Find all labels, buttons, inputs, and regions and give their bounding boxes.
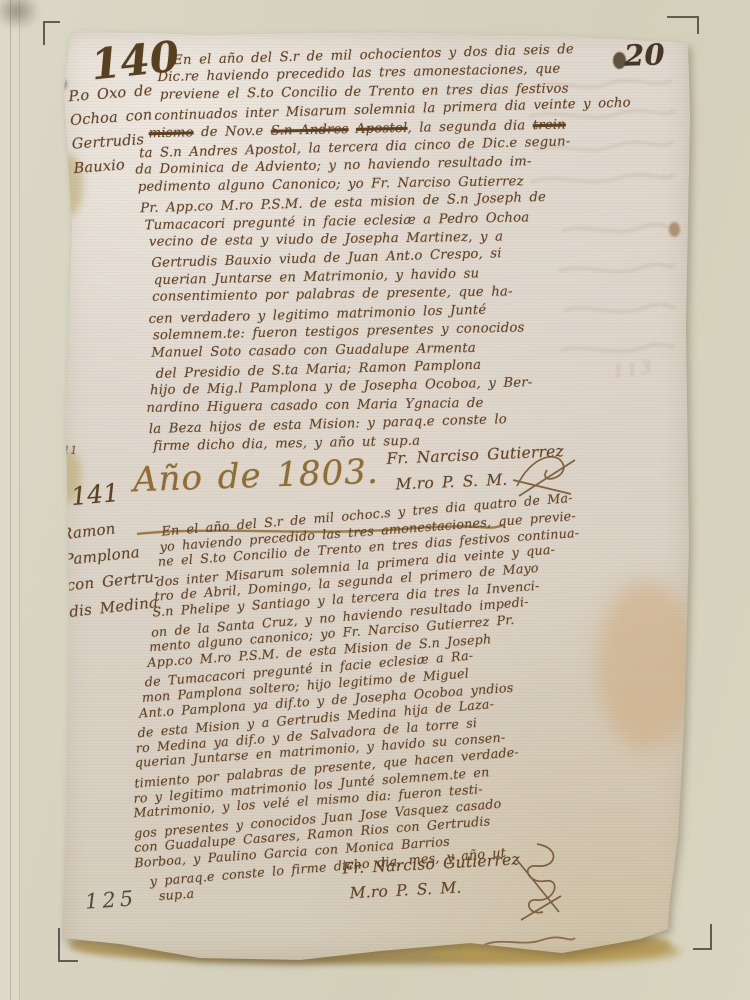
folio-number-125: 125 xyxy=(84,886,138,914)
mat-smudge xyxy=(0,0,40,30)
struck-word: Apostol xyxy=(356,120,408,136)
entry-141-body: En el año del S.r de mil ochoc.s y tres … xyxy=(109,484,696,907)
entry-140-body: En el año del S.r de mil ochocientos y d… xyxy=(113,40,681,457)
crop-mark-top-right xyxy=(667,16,699,34)
year-heading: Año de 1803. xyxy=(132,452,379,501)
crop-mark-top-left xyxy=(43,21,60,45)
struck-word: mismo xyxy=(149,125,194,141)
struck-word: trein xyxy=(533,117,566,133)
margin-mark: 11 xyxy=(63,444,77,457)
text-run: de Nov.e xyxy=(193,123,270,140)
crop-mark-bottom-right xyxy=(693,924,712,950)
entry-number-141: 141 xyxy=(70,478,121,511)
manuscript-page: 113 140 20 P.o Oxo deOchoa conGertrudisB… xyxy=(57,26,693,962)
photo-background: 113 140 20 P.o Oxo deOchoa conGertrudisB… xyxy=(0,0,750,1000)
mat-seam-line xyxy=(10,0,11,1000)
mat-seam-line xyxy=(19,0,20,1000)
entry-140-body-upper: En el año del S.r de mil ochocientos y d… xyxy=(113,40,674,125)
text-run: , la segunda dia xyxy=(407,118,533,136)
stain xyxy=(55,78,67,90)
entry-140-body-lower: ta S.n Andres Apostol, la tercera dia ci… xyxy=(115,132,681,457)
signature-rubric-icon xyxy=(507,838,571,930)
signature-entry-141: Fr. Narciso Gutierrez M.ro P. S. M. xyxy=(342,847,522,906)
struck-word: S.n Andres xyxy=(271,122,349,139)
